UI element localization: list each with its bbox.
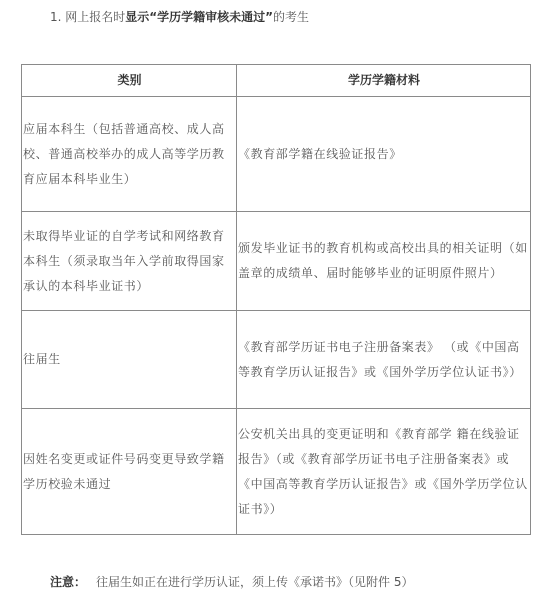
materials-cell: 颁发毕业证书的教育机构或高校出具的相关证明（如盖章的成绩单、届时能够毕业的证明原… (237, 212, 531, 311)
table-row: 未取得毕业证的自学考试和网络教育本科生（须录取当年入学前取得国家承认的本科毕业证… (22, 212, 531, 311)
materials-cell: 《教育部学籍在线验证报告》 (237, 97, 531, 212)
category-cell: 未取得毕业证的自学考试和网络教育本科生（须录取当年入学前取得国家承认的本科毕业证… (22, 212, 237, 311)
table-header-row: 类别 学历学籍材料 (22, 65, 531, 97)
note-text: 往届生如正在进行学历认证，须上传《承诺书》（见附件 5） (96, 575, 413, 589)
heading-prefix: 1. 网上报名时 (50, 10, 125, 24)
materials-cell: 公安机关出具的变更证明和《教育部学 籍在线验证报告》（或《教育部学历证书电子注册… (237, 409, 531, 535)
category-cell: 往届生 (22, 311, 237, 409)
table-row: 因姓名变更或证件号码变更导致学籍学历校验未通过 公安机关出具的变更证明和《教育部… (22, 409, 531, 535)
category-cell: 应届本科生（包括普通高校、成人高校、普通高校举办的成人高等学历教育应届本科毕业生… (22, 97, 237, 212)
heading-suffix: 的考生 (273, 10, 309, 24)
table-row: 往届生 《教育部学历证书电子注册备案表》 （或《中国高等教育学历认证报告》或《国… (22, 311, 531, 409)
column-header-materials: 学历学籍材料 (237, 65, 531, 97)
materials-cell: 《教育部学历证书电子注册备案表》 （或《中国高等教育学历认证报告》或《国外学历学… (237, 311, 531, 409)
note: 注意：往届生如正在进行学历认证，须上传《承诺书》（见附件 5） (50, 573, 413, 591)
table-row: 应届本科生（包括普通高校、成人高校、普通高校举办的成人高等学历教育应届本科毕业生… (22, 97, 531, 212)
column-header-category: 类别 (22, 65, 237, 97)
section-heading: 1. 网上报名时显示“学历学籍审核未通过”的考生 (50, 8, 309, 26)
category-cell: 因姓名变更或证件号码变更导致学籍学历校验未通过 (22, 409, 237, 535)
heading-emphasis: 显示“学历学籍审核未通过” (125, 10, 273, 24)
materials-table: 类别 学历学籍材料 应届本科生（包括普通高校、成人高校、普通高校举办的成人高等学… (21, 64, 531, 535)
note-label: 注意： (50, 575, 86, 589)
